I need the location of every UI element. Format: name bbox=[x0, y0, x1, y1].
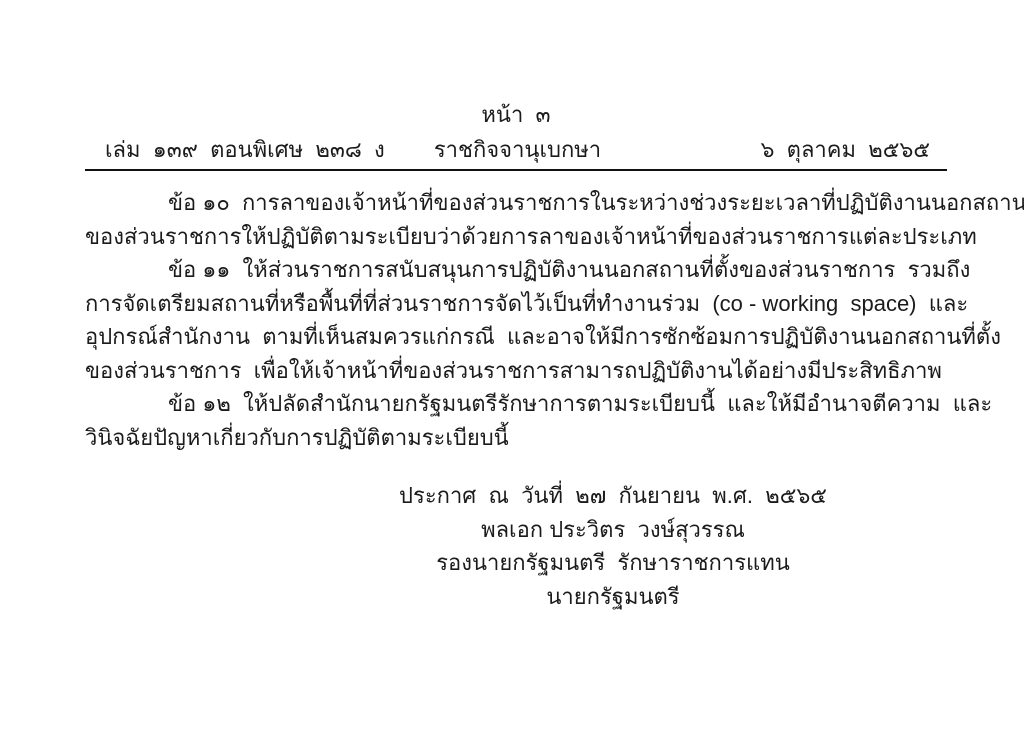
document-body: ข้อ ๑๐ การลาของเจ้าหน้าที่ของส่วนราชการใ… bbox=[85, 186, 945, 454]
body-line: วินิจฉัยปัญหาเกี่ยวกับการปฏิบัติตามระเบี… bbox=[85, 421, 945, 455]
gazette-page: หน้า ๓ เล่ม ๑๓๙ ตอนพิเศษ ๒๓๘ ง ราชกิจจาน… bbox=[0, 0, 1024, 746]
issue-date: ๖ ตุลาคม ๒๕๖๕ bbox=[760, 134, 930, 166]
header-divider bbox=[85, 169, 947, 171]
signer-position: รองนายกรัฐมนตรี รักษาราชการแทน bbox=[202, 546, 1024, 580]
promulgation-date-line: ประกาศ ณ วันที่ ๒๗ กันยายน พ.ศ. ๒๕๖๕ bbox=[202, 479, 1024, 513]
page-number: หน้า ๓ bbox=[85, 100, 947, 130]
paragraph-clause-11: ข้อ ๑๑ ให้ส่วนราชการสนับสนุนการปฏิบัติงา… bbox=[85, 253, 945, 387]
body-line: การจัดเตรียมสถานที่หรือพื้นที่ที่ส่วนราช… bbox=[85, 287, 945, 321]
body-line: อุปกรณ์สำนักงาน ตามที่เห็นสมควรแก่กรณี แ… bbox=[85, 320, 945, 354]
body-line: ของส่วนราชการ เพื่อให้เจ้าหน้าที่ของส่วน… bbox=[85, 354, 945, 388]
paragraph-clause-10: ข้อ ๑๐ การลาของเจ้าหน้าที่ของส่วนราชการใ… bbox=[85, 186, 945, 253]
signature-block: ประกาศ ณ วันที่ ๒๗ กันยายน พ.ศ. ๒๕๖๕ พลเ… bbox=[202, 479, 1024, 613]
header-meta-row: เล่ม ๑๓๙ ตอนพิเศษ ๒๓๘ ง ราชกิจจานุเบกษา … bbox=[105, 134, 930, 166]
body-line: ข้อ ๑๐ การลาของเจ้าหน้าที่ของส่วนราชการใ… bbox=[85, 186, 945, 220]
acting-for-title: นายกรัฐมนตรี bbox=[202, 580, 1024, 614]
body-line: ของส่วนราชการให้ปฏิบัติตามระเบียบว่าด้วย… bbox=[85, 220, 945, 254]
body-line: ข้อ ๑๒ ให้ปลัดสำนักนายกรัฐมนตรีรักษาการต… bbox=[85, 387, 945, 421]
signer-name: พลเอก ประวิตร วงษ์สุวรรณ bbox=[202, 513, 1024, 547]
paragraph-clause-12: ข้อ ๑๒ ให้ปลัดสำนักนายกรัฐมนตรีรักษาการต… bbox=[85, 387, 945, 454]
body-line: ข้อ ๑๑ ให้ส่วนราชการสนับสนุนการปฏิบัติงา… bbox=[85, 253, 945, 287]
